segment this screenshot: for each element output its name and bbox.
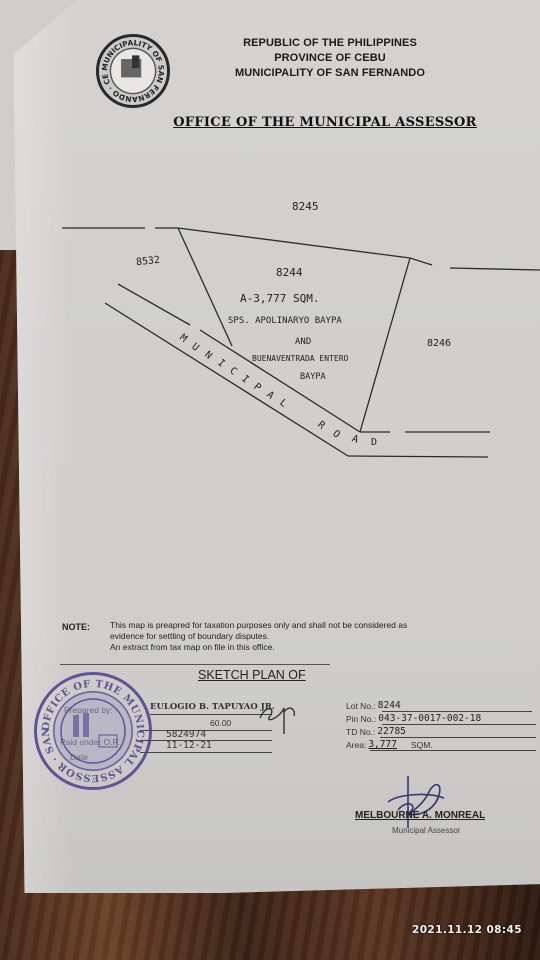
assessor-name: MELBOURNE A. MONREAL [355, 810, 485, 821]
pin-no-label: Pin No.: [346, 714, 376, 724]
lot-details: Lot No.: 8244 Pin No.: 043-37-0017-002-1… [346, 698, 536, 750]
td-no-label: TD No.: [346, 727, 375, 737]
area-value: 3,777 [368, 739, 397, 750]
td-no-row: TD No.: 22785 [346, 724, 536, 737]
lot-no-label: Lot No.: [346, 701, 376, 711]
owner-line-3: BUENAVENTRADA ENTERO [252, 354, 348, 363]
date-line [140, 752, 272, 753]
road-letter: D [371, 437, 377, 448]
sketch-plan-heading: SKETCH PLAN OF [198, 668, 306, 682]
adjacent-lot-east: 8246 [427, 338, 451, 349]
td-no-value: 22785 [377, 726, 406, 737]
subject-lot-number: 8244 [276, 266, 303, 279]
assessor-office-stamp: OFFICE OF THE MUNICIPAL ASSESSOR · SAN F… [34, 672, 152, 790]
owner-line-1: SPS. APOLINARYO BAYPA [228, 316, 342, 326]
area-line [370, 750, 536, 751]
note-label: NOTE: [62, 622, 90, 632]
preparer-signature [254, 690, 304, 740]
area-label: Area: [346, 740, 366, 750]
note-line-3: An extract from tax map on file in this … [110, 642, 460, 653]
divider-line [60, 664, 330, 665]
area-row: Area: 3,777 SQM. [346, 737, 536, 750]
note-line-1: This map is preapred for taxation purpos… [110, 620, 460, 631]
owner-line-2: AND [295, 337, 311, 347]
owner-line-4: BAYPA [300, 372, 326, 382]
adjacent-lot-north: 8245 [292, 200, 319, 213]
pin-no-row: Pin No.: 043-37-0017-002-18 [346, 711, 536, 724]
area-unit: SQM. [411, 740, 433, 750]
svg-text:OFFICE OF THE MUNICIPAL ASSESS: OFFICE OF THE MUNICIPAL ASSESSOR · SAN F… [37, 675, 145, 783]
assessor-title: Municipal Assessor [392, 826, 460, 835]
or-number: 5824974 [166, 729, 206, 740]
lot-no-value: 8244 [378, 700, 401, 711]
photo-timestamp: 2021.11.12 08:45 [412, 924, 522, 936]
note-line-2: evidence for settling of boundary disput… [110, 631, 460, 642]
note-text: This map is preapred for taxation purpos… [110, 620, 460, 653]
subject-lot-area: A-3,777 SQM. [240, 292, 319, 305]
assessor-signature [378, 772, 468, 832]
fee-amount: 60.00 [210, 718, 231, 728]
date-value: 11-12-21 [166, 740, 212, 751]
stamp-ring-text: OFFICE OF THE MUNICIPAL ASSESSOR · SAN F… [37, 675, 145, 783]
lot-no-row: Lot No.: 8244 [346, 698, 536, 711]
pin-no-value: 043-37-0017-002-18 [378, 713, 481, 724]
